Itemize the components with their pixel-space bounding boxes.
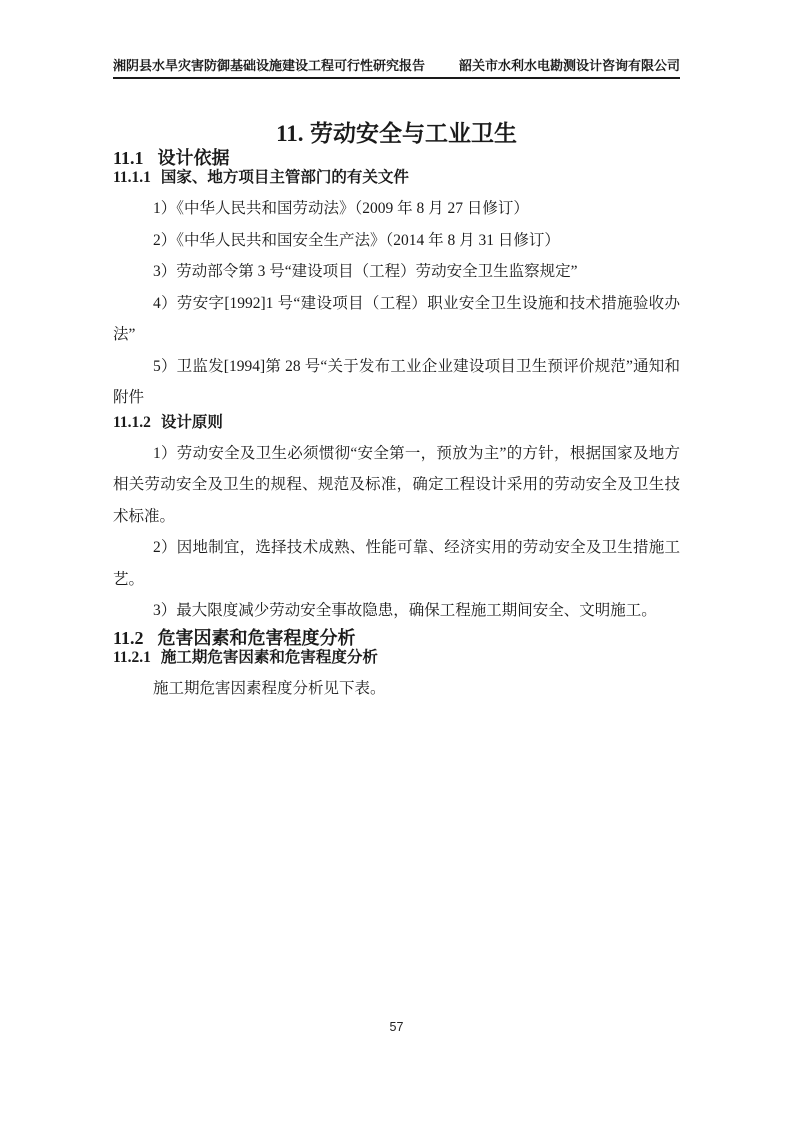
list-item-paragraph: 3）最大限度减少劳动安全事故隐患，确保工程施工期间安全、文明施工。: [113, 595, 680, 627]
body-text: 施工期危害因素程度分析见下表。: [113, 673, 680, 705]
subsection-heading-11-1-2: 11.1.2设计原则: [113, 414, 680, 432]
section-heading-11-2: 11.2危害因素和危害程度分析: [113, 627, 680, 649]
header-right-text: 韶关市水利水电勘测设计咨询有限公司: [459, 55, 680, 74]
list-item-paragraph: 5）卫监发[1994]第 28 号“关于发布工业企业建设项目卫生预评价规范”通知…: [113, 351, 680, 414]
body-paragraph: 施工期危害因素程度分析见下表。: [113, 673, 680, 705]
section-label: 设计依据: [158, 148, 230, 168]
subsection-heading-11-1-1: 11.1.1国家、地方项目主管部门的有关文件: [113, 169, 680, 187]
page-number: 57: [0, 1020, 793, 1034]
page-header: 湘阴县水旱灾害防御基础设施建设工程可行性研究报告 韶关市水利水电勘测设计咨询有限…: [113, 55, 680, 79]
subsection-number: 11.1.1: [113, 169, 151, 186]
list-item-paragraph: 1）《中华人民共和国劳动法》（2009 年 8 月 27 日修订）: [113, 193, 680, 225]
chapter-title-label: 劳动安全与工业卫生: [310, 120, 517, 146]
file-list: 1）《中华人民共和国劳动法》（2009 年 8 月 27 日修订） 2）《中华人…: [113, 193, 680, 414]
section-number: 11.2: [113, 628, 144, 648]
section-label: 危害因素和危害程度分析: [158, 628, 356, 648]
subsection-number: 11.1.2: [113, 414, 151, 431]
list-item-paragraph: 1）劳动安全及卫生必须惯彻“安全第一，预放为主”的方针，根据国家及地方相关劳动安…: [113, 438, 680, 533]
subsection-label: 国家、地方项目主管部门的有关文件: [161, 169, 409, 186]
chapter-title: 11. 劳动安全与工业卫生: [113, 120, 680, 147]
header-left-text: 湘阴县水旱灾害防御基础设施建设工程可行性研究报告: [113, 55, 425, 74]
list-item-paragraph: 2）因地制宜，选择技术成熟、性能可靠、经济实用的劳动安全及卫生措施工艺。: [113, 532, 680, 595]
list-item-paragraph: 3）劳动部令第 3 号“建设项目（工程）劳动安全卫生监察规定”: [113, 256, 680, 288]
principle-list: 1）劳动安全及卫生必须惯彻“安全第一，预放为主”的方针，根据国家及地方相关劳动安…: [113, 438, 680, 627]
chapter-number: 11.: [276, 121, 303, 146]
document-page: 湘阴县水旱灾害防御基础设施建设工程可行性研究报告 韶关市水利水电勘测设计咨询有限…: [0, 0, 793, 1122]
subsection-heading-11-2-1: 11.2.1施工期危害因素和危害程度分析: [113, 649, 680, 667]
subsection-label: 施工期危害因素和危害程度分析: [161, 649, 378, 666]
subsection-number: 11.2.1: [113, 649, 151, 666]
section-heading-11-1: 11.1设计依据: [113, 147, 680, 169]
section-number: 11.1: [113, 148, 144, 168]
document-content: 11. 劳动安全与工业卫生 11.1设计依据 11.1.1国家、地方项目主管部门…: [113, 120, 680, 704]
subsection-label: 设计原则: [161, 414, 223, 431]
list-item-paragraph: 2）《中华人民共和国安全生产法》（2014 年 8 月 31 日修订）: [113, 225, 680, 257]
list-item-paragraph: 4）劳安字[1992]1 号“建设项目（工程）职业安全卫生设施和技术措施验收办法…: [113, 288, 680, 351]
